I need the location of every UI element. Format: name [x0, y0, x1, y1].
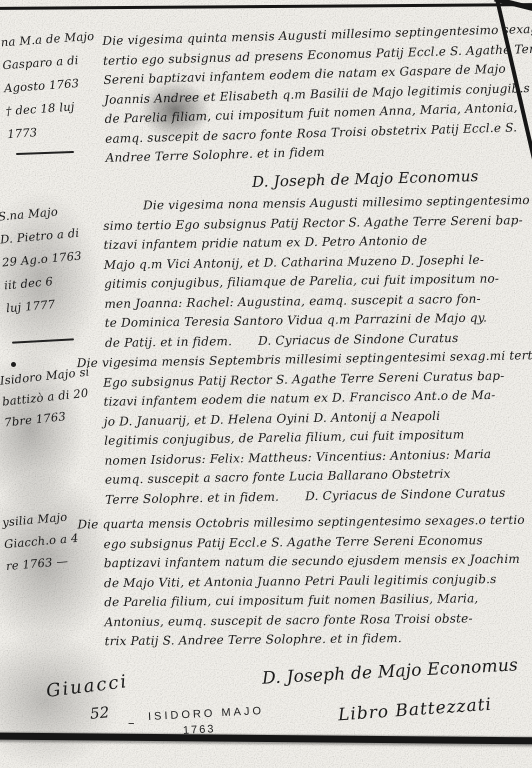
entry-closing: de Patij. et in fidem. [105, 334, 232, 350]
register-label-signature: Libro Battezzati [337, 695, 492, 726]
margin-note-underline [16, 151, 74, 155]
entry-line: trix Patij S. Andree Terre Solophre. et … [105, 627, 531, 651]
caption-dash: – [128, 716, 135, 731]
baptism-entry-4: Die quarta mensis Octobris millesimo sep… [103, 510, 530, 651]
caption-year: 1763 [183, 723, 216, 737]
page-number: 52 [89, 703, 110, 723]
baptism-entry-2: Die vigesima nona mensis Augusti millesi… [103, 191, 531, 353]
margin-note-basilio: ysilia Majo Giacch.o a 4 re 1763 — [1, 505, 81, 577]
entry-closing: Terre Solophre. et in fidem. [105, 489, 279, 506]
top-scan-edge-line [0, 3, 532, 10]
baptism-entry-3: Die vigesima mensis Septembris millesimi… [103, 346, 532, 509]
margin-note-gasparo: na M.a de Majo Gasparo a di Agosto 1763 … [0, 25, 101, 146]
economus-signature: D. Joseph de Majo Economus [252, 167, 479, 191]
archivist-caption: ISIDORO MAJO [148, 705, 265, 723]
margin-note-pietro: S.na Majo D. Pietro a di 29 Ag.o 1763 ii… [0, 199, 87, 321]
margin-note-underline [12, 338, 74, 343]
curate-signature: D. Cyriacus de Sindone Curatus [305, 483, 506, 506]
scanned-register-page: na M.a de Majo Gasparo a di Agosto 1763 … [0, 0, 532, 768]
footer-left-signature: Giuacci [45, 671, 129, 702]
baptism-entry-1: Die vigesima quinta mensis Augusti mille… [102, 20, 532, 168]
ink-dot [11, 362, 16, 367]
bottom-scan-edge-line [0, 733, 532, 745]
economus-signature-footer: D. Joseph de Majo Economus [262, 655, 519, 688]
